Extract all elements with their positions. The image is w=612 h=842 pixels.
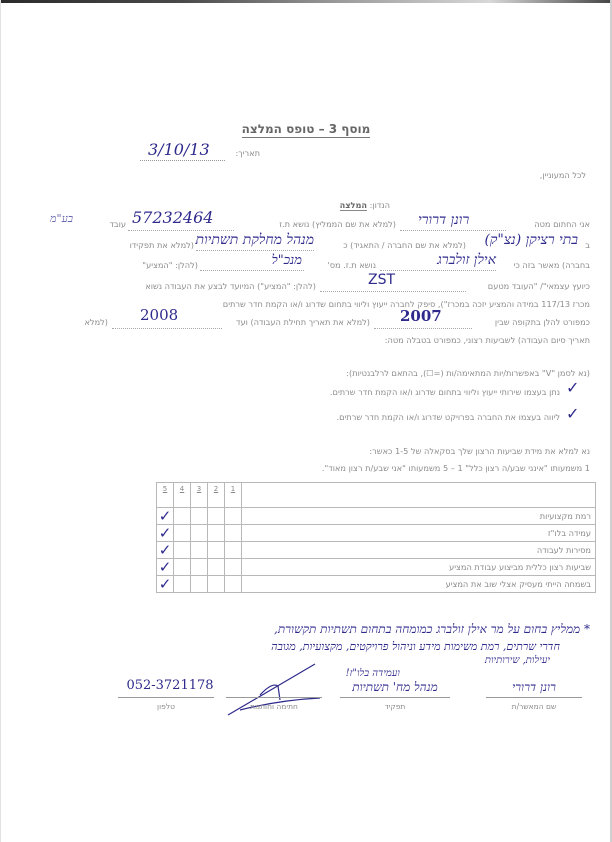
score-cell-5[interactable]: ✓ [157,542,174,559]
score-cell-2[interactable] [208,542,225,559]
phone-line [118,697,214,698]
check-icon: ✓ [159,541,172,559]
note-star: * [584,622,590,636]
score-cell-4[interactable] [174,508,191,525]
date-value[interactable]: 3/10/13 [148,140,210,159]
handwritten-note-line1: * ממליץ בחום על מר אילן זולברג כמומחה בת… [20,622,590,637]
subject-row: הנדון: המלצה [300,200,390,210]
intro-line6-suffix: (למלא [70,317,108,327]
intro-line4-suffix: (להלן: "המציע") המיועד לבצע את העבודה נש… [110,281,316,291]
recommender-id-field[interactable]: 57232464 [132,208,213,227]
intro-line2-prefix: ב [580,240,590,250]
handwritten-note-line3: יעילות, שירותיות [300,655,550,666]
recommender-id-line [128,230,234,231]
scale-instruction: נא למלא את מידת שביעות הרצון שלך בסקאלה … [250,446,590,456]
score-cell-3[interactable] [191,508,208,525]
score-cell-4[interactable] [174,525,191,542]
service-2-label: ליווה בעצמו את החברה בפרויקט שדרוג ו/או … [150,412,560,422]
scale-legend: 1 משמעותו "אינני שבע/ה רצון כלל" 1 – 5 מ… [250,463,590,473]
score-cell-3[interactable] [191,559,208,576]
score-column-header: 3 [191,483,208,508]
intro-line7: תאריך סיום העבודה) לשביעות רצוני, כמפורט… [250,335,590,345]
approver-role-field[interactable]: מנהל מח' תשתיות [340,680,450,695]
score-column-header: 1 [225,483,242,508]
candidate-company-field[interactable]: ZST [368,272,395,288]
approver-name-field[interactable]: רונן דרורי [486,680,582,695]
rating-table: 12345רמת מקצועיות✓עמידה בלו"ז✓מסירות לעב… [156,482,596,593]
score-cell-5[interactable]: ✓ [157,525,174,542]
subject-value: המלצה [340,200,367,211]
service-2-checkbox[interactable]: ✓ [566,404,579,423]
intro-line1-prefix: אני החתום מטה [510,219,590,229]
score-cell-1[interactable] [225,525,242,542]
score-cell-5[interactable]: ✓ [157,576,174,593]
role-field[interactable]: מנהל מחלקת תשתיות [196,232,314,249]
criterion-label: עמידה בלו"ז [242,525,596,542]
score-cell-4[interactable] [174,576,191,593]
rating-row: עמידה בלו"ז✓ [157,525,596,542]
approver-role-line [340,697,450,698]
score-cell-2[interactable] [208,559,225,576]
intro-line3-prefix: בחברה) מאשר בזה כי [500,260,590,270]
approver-name-line [486,697,582,698]
period-start-field[interactable]: 2007 [400,307,442,325]
intro-line1-hint: (למלא את שם הממליץ) נושא ת.ז [238,219,396,229]
intro-line3-mid: נושא ת.ז. מס' [306,260,376,270]
score-column-header: 2 [208,483,225,508]
phone-field[interactable]: 052-3721178 [124,678,216,693]
score-cell-1[interactable] [225,559,242,576]
period-end-line [112,328,222,329]
score-cell-1[interactable] [225,508,242,525]
intro-line6-mid: (למלא את תאריך תחילת העבודה) ועד [226,317,370,327]
candidate-id-field[interactable]: מנכ"ל [212,252,302,268]
subject-label: הנדון: [370,200,390,210]
services-instruction: (נא לסמן "V" באפשרות/יות המתאימה/ות (=☐)… [200,368,590,378]
date-label: תאריך: [236,148,260,158]
score-cell-5[interactable]: ✓ [157,508,174,525]
criterion-label: בשמחה הייתי מעסיק אצלי שוב את המציע [242,576,596,593]
form-title: מוסף 3 – טופס המלצה [0,122,612,136]
candidate-company-line [320,291,466,292]
score-cell-2[interactable] [208,576,225,593]
score-cell-4[interactable] [174,559,191,576]
period-end-field[interactable]: 2008 [140,306,178,324]
signature-label: חתימה וחותמת [226,702,322,711]
recommender-name-field[interactable]: רונן דרורי [418,212,469,229]
phone-label: טלפון [118,702,214,711]
rating-row: שביעות רצון כללית מביצוע עבודת המציע✓ [157,559,596,576]
score-column-header: 4 [174,483,191,508]
intro-line6-prefix: כמפורט להלן בתקופה שבין [476,317,590,327]
rating-table-header: 12345 [157,483,596,508]
signature-scribble[interactable] [220,660,330,720]
score-cell-3[interactable] [191,542,208,559]
candidate-name-field[interactable]: אילן זולברג [388,252,496,269]
check-icon: ✓ [159,575,172,593]
candidate-id-line [200,270,304,271]
intro-line2-hint: (למלא את שם החברה / התאגיד) כ [316,240,466,250]
handwritten-note-line2: חדרי שרתים, רמת משימות מידע וניהול פרויק… [60,640,560,653]
criterion-label: שביעות רצון כללית מביצוע עבודת המציע [242,559,596,576]
intro-line3-suffix: (להלן: "המציע" [110,260,198,270]
rating-row: מסירות לעבודה✓ [157,542,596,559]
score-cell-3[interactable] [191,576,208,593]
rating-row: בשמחה הייתי מעסיק אצלי שוב את המציע✓ [157,576,596,593]
date-underline [140,160,225,161]
score-column-header: 5 [157,483,174,508]
intro-line1-suffix: עובד [98,219,126,229]
criterion-label: מסירות לעבודה [242,542,596,559]
score-cell-1[interactable] [225,542,242,559]
criterion-label: רמת מקצועיות [242,508,596,525]
score-cell-5[interactable]: ✓ [157,559,174,576]
check-icon: ✓ [159,507,172,525]
signature-line [226,697,322,698]
score-cell-4[interactable] [174,542,191,559]
rating-row: רמת מקצועיות✓ [157,508,596,525]
intro-line5: מכרז 117/13 במידה והמציע יזכה במכרז"), ס… [110,299,590,309]
approver-name-label: שם המאשר/ת [486,702,582,711]
criterion-header [242,483,596,508]
recommender-name-line [400,230,506,231]
check-icon: ✓ [159,558,172,576]
score-cell-1[interactable] [225,576,242,593]
period-start-line [374,328,472,329]
score-cell-2[interactable] [208,508,225,525]
intro-line4-prefix: כיועץ עצמאי"/ "העובד מטעם [470,281,590,291]
candidate-name-line [380,270,496,271]
company-field[interactable]: בתי רציקן (נצ"ק) [470,232,578,249]
approver-role-label: תפקיד [340,702,450,711]
service-1-checkbox[interactable]: ✓ [566,378,579,397]
greeting: לכל המעוניין, [480,170,586,180]
intro-line2-suffix: (למלא את תפקידו [110,240,194,250]
service-1-label: נתן בעצמו שירותי ייעוץ וליווי בתחום שדרו… [150,387,560,397]
scan-top-edge [0,0,612,3]
score-cell-2[interactable] [208,525,225,542]
score-cell-3[interactable] [191,525,208,542]
role-line [196,250,314,251]
margin-note: בע"מ [50,212,73,225]
check-icon: ✓ [159,524,172,542]
